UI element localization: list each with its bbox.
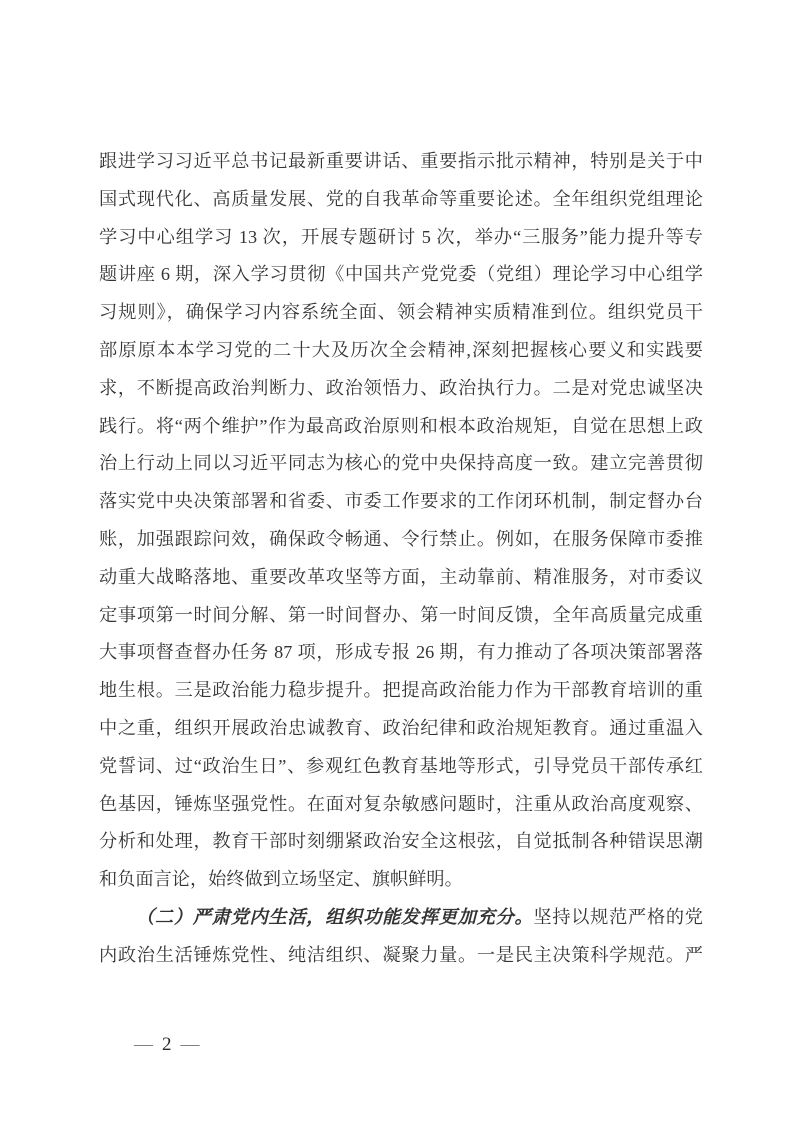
body-text-run: 大事项督查督办任务 87 项，形成专报 26 期，有力推动了各项决策部署落: [99, 642, 703, 662]
text-line: 跟进学习习近平总书记最新重要讲话、重要指示批示精神，特别是关于中: [99, 143, 703, 181]
text-line: 定事项第一时间分解、第一时间督办、第一时间反馈，全年高质量完成重: [99, 597, 703, 635]
text-line: 分析和处理，教育干部时刻绷紧政治安全这根弦，自觉抵制各种错误思潮: [99, 823, 703, 861]
body-text-run: 习规则》，确保学习内容系统全面、领会精神实质精准到位。组织党员干: [99, 302, 703, 322]
body-text-run: 党誓词、过“政治生日”、参观红色教育基地等形式，引导党员干部传承红: [99, 756, 703, 776]
body-text-run: 坚持以规范严格的党: [533, 907, 703, 927]
text-line: 落实党中央决策部署和省委、市委工作要求的工作闭环机制，制定督办台: [99, 483, 703, 521]
body-text-run: 色基因，锤炼坚强党性。在面对复杂敏感问题时，注重从政治高度观察、: [99, 794, 703, 814]
text-line: 习规则》，确保学习内容系统全面、领会精神实质精准到位。组织党员干: [99, 294, 703, 332]
document-page: 跟进学习习近平总书记最新重要讲话、重要指示批示精神，特别是关于中国式现代化、高质…: [0, 0, 793, 1122]
body-text-run: 和负面言论，始终做到立场坚定、旗帜鲜明。: [99, 869, 463, 889]
body-text-run: 分析和处理，教育干部时刻绷紧政治安全这根弦，自觉抵制各种错误思潮: [99, 831, 703, 851]
text-line: 求，不断提高政治判断力、政治领悟力、政治执行力。二是对党忠诚坚决: [99, 370, 703, 408]
page-number-dash-left: —: [134, 1034, 153, 1055]
text-line: 国式现代化、高质量发展、党的自我革命等重要论述。全年组织党组理论: [99, 181, 703, 219]
body-text-run: 定事项第一时间分解、第一时间督办、第一时间反馈，全年高质量完成重: [99, 605, 703, 625]
body-text-run: 学习中心组学习 13 次，开展专题研讨 5 次，举办“三服务”能力提升等专: [99, 227, 703, 247]
body-text-run: 国式现代化、高质量发展、党的自我革命等重要论述。全年组织党组理论: [99, 189, 703, 209]
text-line: 地生根。三是政治能力稳步提升。把提高政治能力作为干部教育培训的重: [99, 672, 703, 710]
text-line: 治上行动上同以习近平同志为核心的党中央保持高度一致。建立完善贯彻: [99, 445, 703, 483]
body-text-run: 地生根。三是政治能力稳步提升。把提高政治能力作为干部教育培训的重: [99, 680, 703, 700]
text-line: （二）严肃党内生活，组织功能发挥更加充分。坚持以规范严格的党: [99, 899, 703, 937]
body-text-run: 部原原本本学习党的二十大及历次全会精神,深刻把握核心要义和实践要: [99, 340, 703, 360]
body-text-run: 账，加强跟踪问效，确保政令畅通、令行禁止。例如，在服务保障市委推: [99, 529, 703, 549]
text-line: 和负面言论，始终做到立场坚定、旗帜鲜明。: [99, 861, 703, 899]
page-footer: —2—: [134, 1031, 200, 1059]
text-line: 践行。将“两个维护”作为最高政治原则和根本政治规矩，自觉在思想上政: [99, 408, 703, 446]
body-text-run: 求，不断提高政治判断力、政治领悟力、政治执行力。二是对党忠诚坚决: [99, 378, 703, 398]
text-line: 动重大战略落地、重要改革攻坚等方面，主动靠前、精准服务，对市委议: [99, 559, 703, 597]
text-line: 党誓词、过“政治生日”、参观红色教育基地等形式，引导党员干部传承红: [99, 748, 703, 786]
body-text-run: 动重大战略落地、重要改革攻坚等方面，主动靠前、精准服务，对市委议: [99, 567, 703, 587]
body-text-run: 题讲座 6 期，深入学习贯彻《中国共产党党委（党组）理论学习中心组学: [99, 264, 703, 284]
text-line: 中之重，组织开展政治忠诚教育、政治纪律和政治规矩教育。通过重温入: [99, 710, 703, 748]
body-text-run: 治上行动上同以习近平同志为核心的党中央保持高度一致。建立完善贯彻: [99, 453, 703, 473]
page-number-dash-right: —: [181, 1034, 200, 1055]
text-line: 大事项督查督办任务 87 项，形成专报 26 期，有力推动了各项决策部署落: [99, 634, 703, 672]
body-text-run: 内政治生活锤炼党性、纯洁组织、凝聚力量。一是民主决策科学规范。严: [99, 945, 703, 965]
body-text-run: 跟进学习习近平总书记最新重要讲话、重要指示批示精神，特别是关于中: [99, 151, 703, 171]
text-line: 内政治生活锤炼党性、纯洁组织、凝聚力量。一是民主决策科学规范。严: [99, 937, 703, 975]
text-line: 色基因，锤炼坚强党性。在面对复杂敏感问题时，注重从政治高度观察、: [99, 786, 703, 824]
text-line: 学习中心组学习 13 次，开展专题研讨 5 次，举办“三服务”能力提升等专: [99, 219, 703, 257]
text-line: 账，加强跟踪问效，确保政令畅通、令行禁止。例如，在服务保障市委推: [99, 521, 703, 559]
page-number: 2: [153, 1034, 181, 1055]
document-body: 跟进学习习近平总书记最新重要讲话、重要指示批示精神，特别是关于中国式现代化、高质…: [99, 143, 703, 975]
section-heading-run: （二）严肃党内生活，组织功能发挥更加充分。: [136, 907, 533, 927]
text-line: 题讲座 6 期，深入学习贯彻《中国共产党党委（党组）理论学习中心组学: [99, 256, 703, 294]
body-text-run: 中之重，组织开展政治忠诚教育、政治纪律和政治规矩教育。通过重温入: [99, 718, 703, 738]
body-text-run: 践行。将“两个维护”作为最高政治原则和根本政治规矩，自觉在思想上政: [99, 416, 703, 436]
body-text-run: 落实党中央决策部署和省委、市委工作要求的工作闭环机制，制定督办台: [99, 491, 703, 511]
text-line: 部原原本本学习党的二十大及历次全会精神,深刻把握核心要义和实践要: [99, 332, 703, 370]
